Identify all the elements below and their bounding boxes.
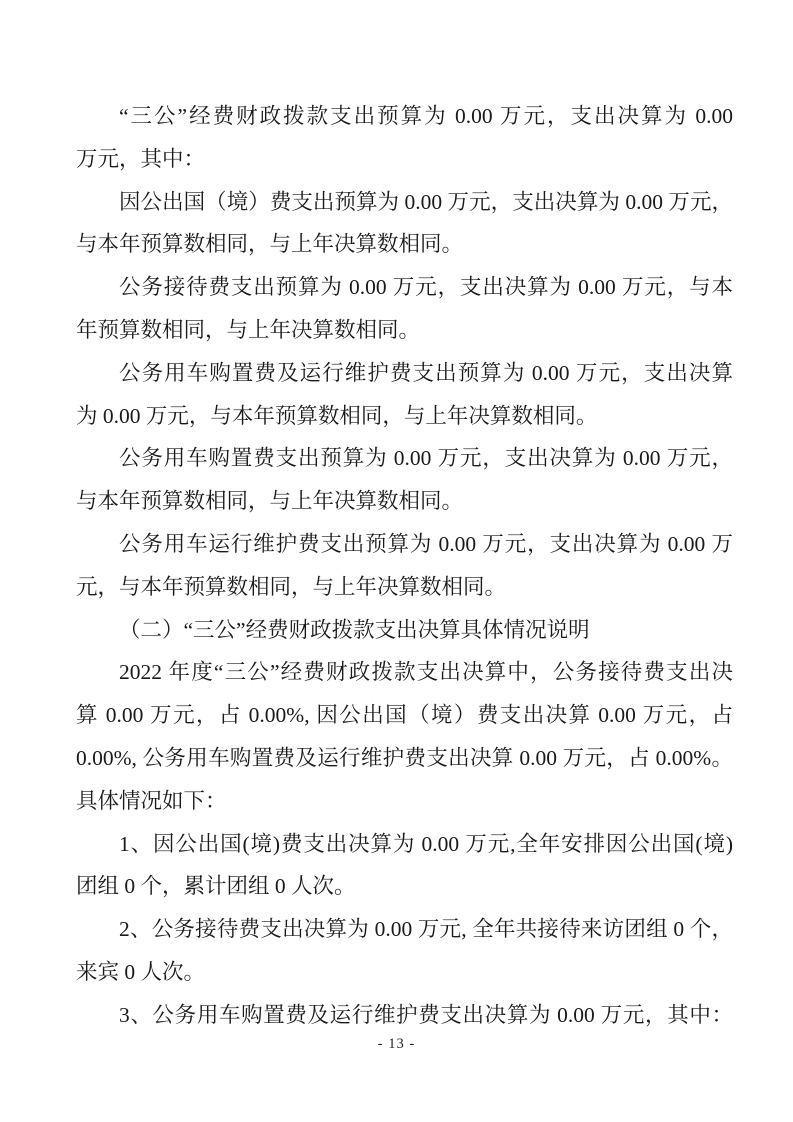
text-line: 2、公务接待费支出决算为 0.00 万元, 全年共接待来访团组 0 个， xyxy=(76,908,733,951)
text-line: 元，与本年预算数相同，与上年决算数相同。 xyxy=(76,566,733,609)
text-line: 来宾 0 人次。 xyxy=(76,951,733,994)
item-2-reception-expense: 2、公务接待费支出决算为 0.00 万元, 全年共接待来访团组 0 个，来宾 0… xyxy=(76,908,733,994)
text-line: 为 0.00 万元，与本年预算数相同，与上年决算数相同。 xyxy=(76,395,733,438)
text-line: 因公出国（境）费支出预算为 0.00 万元，支出决算为 0.00 万元， xyxy=(76,181,733,224)
page-number: - 13 - xyxy=(378,1036,415,1052)
document-page: “三公”经费财政拨款支出预算为 0.00 万元，支出决算为 0.00万元，其中：… xyxy=(0,0,793,1122)
vehicle-maintenance-budget: 公务用车运行维护费支出预算为 0.00 万元，支出决算为 0.00 万元，与本年… xyxy=(76,523,733,609)
text-line: 公务接待费支出预算为 0.00 万元，支出决算为 0.00 万元，与本 xyxy=(76,266,733,309)
text-line: 公务用车购置费及运行维护费支出预算为 0.00 万元，支出决算 xyxy=(76,352,733,395)
document-body: “三公”经费财政拨款支出预算为 0.00 万元，支出决算为 0.00万元，其中：… xyxy=(76,95,733,1037)
section-two-heading: （二）“三公”经费财政拨款支出决算具体情况说明 xyxy=(76,609,733,652)
vehicle-purchase-budget: 公务用车购置费支出预算为 0.00 万元，支出决算为 0.00 万元，与本年预算… xyxy=(76,437,733,523)
text-line: 团组 0 个，累计团组 0 人次。 xyxy=(76,865,733,908)
item-3-vehicle-expense: 3、公务用车购置费及运行维护费支出决算为 0.00 万元，其中： xyxy=(76,994,733,1037)
abroad-expense-budget: 因公出国（境）费支出预算为 0.00 万元，支出决算为 0.00 万元，与本年预… xyxy=(76,181,733,267)
text-line: 与本年预算数相同，与上年决算数相同。 xyxy=(76,223,733,266)
text-line: 万元，其中： xyxy=(76,138,733,181)
text-line: 公务用车购置费支出预算为 0.00 万元，支出决算为 0.00 万元， xyxy=(76,437,733,480)
text-line: 3、公务用车购置费及运行维护费支出决算为 0.00 万元，其中： xyxy=(76,994,733,1037)
text-line: 与本年预算数相同，与上年决算数相同。 xyxy=(76,480,733,523)
sangong-total-summary: “三公”经费财政拨款支出预算为 0.00 万元，支出决算为 0.00万元，其中： xyxy=(76,95,733,181)
vehicle-purchase-and-maintenance-budget: 公务用车购置费及运行维护费支出预算为 0.00 万元，支出决算为 0.00 万元… xyxy=(76,352,733,438)
item-1-abroad-expense: 1、因公出国(境)费支出决算为 0.00 万元,全年安排因公出国(境)团组 0 … xyxy=(76,823,733,909)
text-line: 公务用车运行维护费支出预算为 0.00 万元，支出决算为 0.00 万 xyxy=(76,523,733,566)
text-line: （二）“三公”经费财政拨款支出决算具体情况说明 xyxy=(76,609,733,652)
text-line: 2022 年度“三公”经费财政拨款支出决算中，公务接待费支出决 xyxy=(76,651,733,694)
page-footer: - 13 - xyxy=(0,1036,793,1053)
reception-expense-budget: 公务接待费支出预算为 0.00 万元，支出决算为 0.00 万元，与本年预算数相… xyxy=(76,266,733,352)
text-line: 算 0.00 万元，占 0.00%, 因公出国（境）费支出决算 0.00 万元，… xyxy=(76,694,733,737)
text-line: 1、因公出国(境)费支出决算为 0.00 万元,全年安排因公出国(境) xyxy=(76,823,733,866)
decision-overview-2022: 2022 年度“三公”经费财政拨款支出决算中，公务接待费支出决算 0.00 万元… xyxy=(76,651,733,822)
text-line: “三公”经费财政拨款支出预算为 0.00 万元，支出决算为 0.00 xyxy=(76,95,733,138)
text-line: 具体情况如下： xyxy=(76,780,733,823)
text-line: 0.00%, 公务用车购置费及运行维护费支出决算 0.00 万元，占 0.00%… xyxy=(76,737,733,780)
text-line: 年预算数相同，与上年决算数相同。 xyxy=(76,309,733,352)
